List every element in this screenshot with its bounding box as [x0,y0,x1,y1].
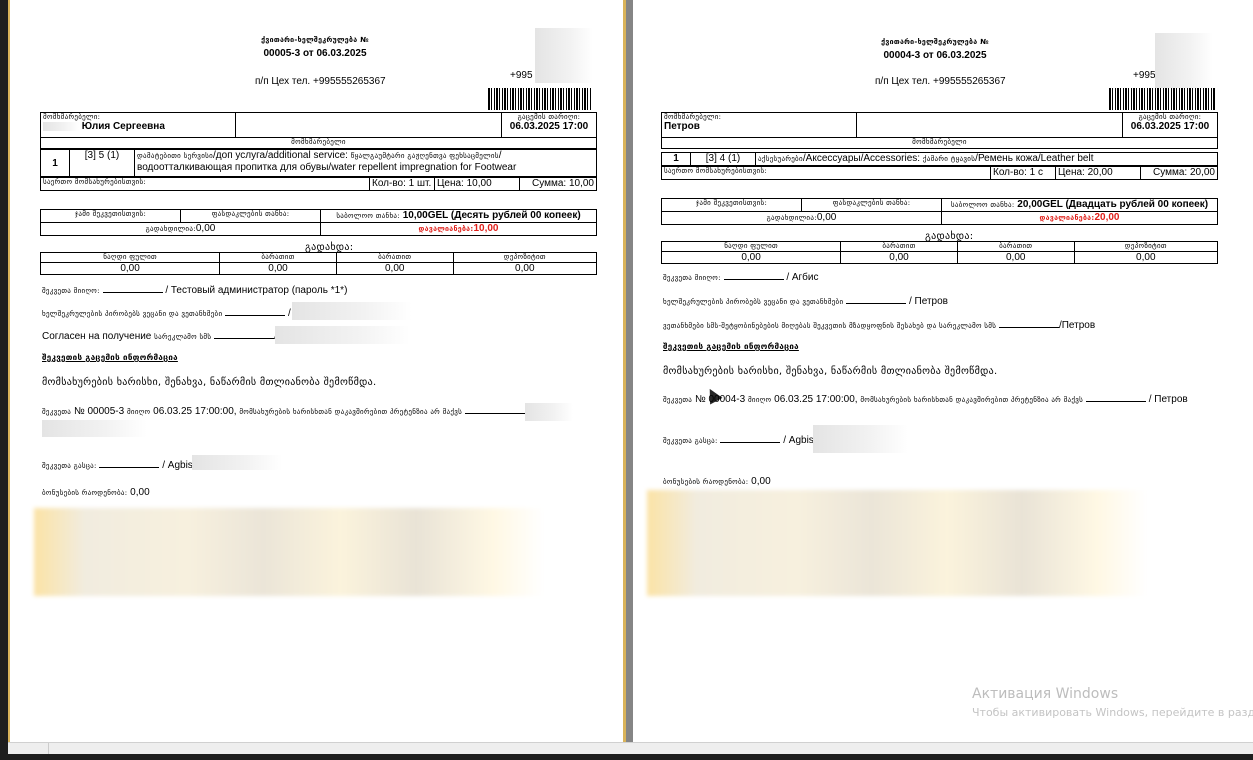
windows-activation-title: Активация Windows [972,686,1118,702]
redacted-logo [1155,33,1213,88]
receipt-title: ქვითარი-ხელშეკრულება № 00005-3 от 06.03.… [180,33,450,60]
due-amount: 20,00 [1094,212,1119,223]
page-divider [623,0,633,742]
order-confirmation-line: შეკვეთა № 00004-3 მიიღო 06.03.25 17:00:0… [663,392,1188,405]
redacted-signature [813,425,908,453]
final-amount: 10,00GEL (Десять рублей 00 копеек) [403,210,581,221]
receipt-header-table: მომხმარებელი: Петров გაცემის თარიღი: 06.… [661,112,1218,149]
bonus-line: ბონუსების რაოდენობა: 0,00 [663,476,771,487]
barcode [1109,88,1215,110]
bonus-line: ბონუსების რაოდენობა: 0,00 [42,487,150,498]
receipt-page-1: ქვითარი-ხელშეკრულება № 00005-3 от 06.03.… [8,0,625,742]
payment-table: ნაღდი ფულით ბარათით ბარათით დეპოზიტით 0,… [661,241,1218,264]
taskbar-edge [0,754,1253,760]
accepted-by-line: შეკვეთა მიიღო: / Агбис [663,270,819,283]
redacted-signature [275,326,410,344]
agreement-line: ხელშეკრულების პირობებს ვეცანი და ვეთანხმ… [663,294,948,307]
workshop-phone: п/п Цех тел. +995555265367 [875,76,1006,87]
receipt-title: ქვითარი-ხელშეკრულება № 00004-3 от 06.03.… [800,35,1070,62]
workshop-phone: п/п Цех тел. +995555265367 [255,76,386,87]
redacted-footer [34,508,544,596]
sms-consent-line: Согласен на получение სარეკლამო სმს / [42,329,277,342]
client-name: Петров [664,121,700,132]
final-amount: 20,00GEL (Двадцать рублей 00 копеек) [1017,199,1208,210]
redacted-signature [192,455,282,470]
agreement-line: ხელშეკრულების პირობებს ვეცანი და ვეთანხმ… [42,306,291,319]
phone-partial: +995 [1133,70,1156,81]
subtotal-row: საერთო მომსახურებისთვის: Кол-во: 1 шт. Ц… [40,177,597,191]
order-confirmation-line: შეკვეთა № 00005-3 მიიღო 06.03.25 17:00:0… [42,404,530,417]
receipt-header-table: მომხმარებელი: Юлия Сергеевна გაცემის თარ… [40,112,597,149]
phone-partial: +995 [510,70,533,81]
redacted-signature [42,420,147,437]
issue-date: 06.03.2025 17:00 [1131,121,1209,132]
redacted-logo [535,28,593,83]
windows-activation-subtitle: Чтобы активировать Windows, перейдите в … [972,706,1253,719]
issue-info-heading: შეკვეთის გაცემის ინფორმაცია [42,353,178,362]
issued-by-line: შეკვეთა გასცა: / Agbis [42,458,193,471]
accepted-by-line: შეკვეთა მიიღო: / Тестовый администратор … [42,283,347,296]
due-amount: 10,00 [473,223,498,234]
subtotal-row: საერთო მომსახურებისთვის: Кол-во: 1 с Цен… [661,166,1218,180]
redacted-footer [647,490,1147,596]
payment-table: ნაღდი ფულით ბარათით ბარათით დეპოზიტით 0,… [40,252,597,275]
issue-info-heading: შეკვეთის გაცემის ინფორმაცია [663,342,799,351]
redacted-signature [525,403,573,421]
redacted-signature [292,302,412,320]
totals-table: ჯამი შეკვეთისთვის: ფასდაკლების თანხა: სა… [661,198,1218,225]
barcode [488,88,592,110]
issue-date: 06.03.2025 17:00 [510,121,588,132]
issued-by-line: შეკვეთა გასცა: / Agbis [663,433,814,446]
service-item-row: 1 [3] 4 (1) აქსესუარები/Аксессуары/Acces… [661,152,1218,166]
receipt-page-2: ქვითარი-ხელშეკრულება № 00004-3 от 06.03.… [633,0,1245,742]
service-item-row: 1 [3] 5 (1) დამატებითი სერვისი/доп услуг… [40,149,597,177]
totals-table: ჯამი შეკვეთისთვის: ფასდაკლების თანხა: სა… [40,209,597,236]
sms-consent-line: ვეთანხმები სმს-შეტყობინებების მიღებას შე… [663,318,1095,331]
client-name: Юлия Сергеевна [82,121,165,132]
